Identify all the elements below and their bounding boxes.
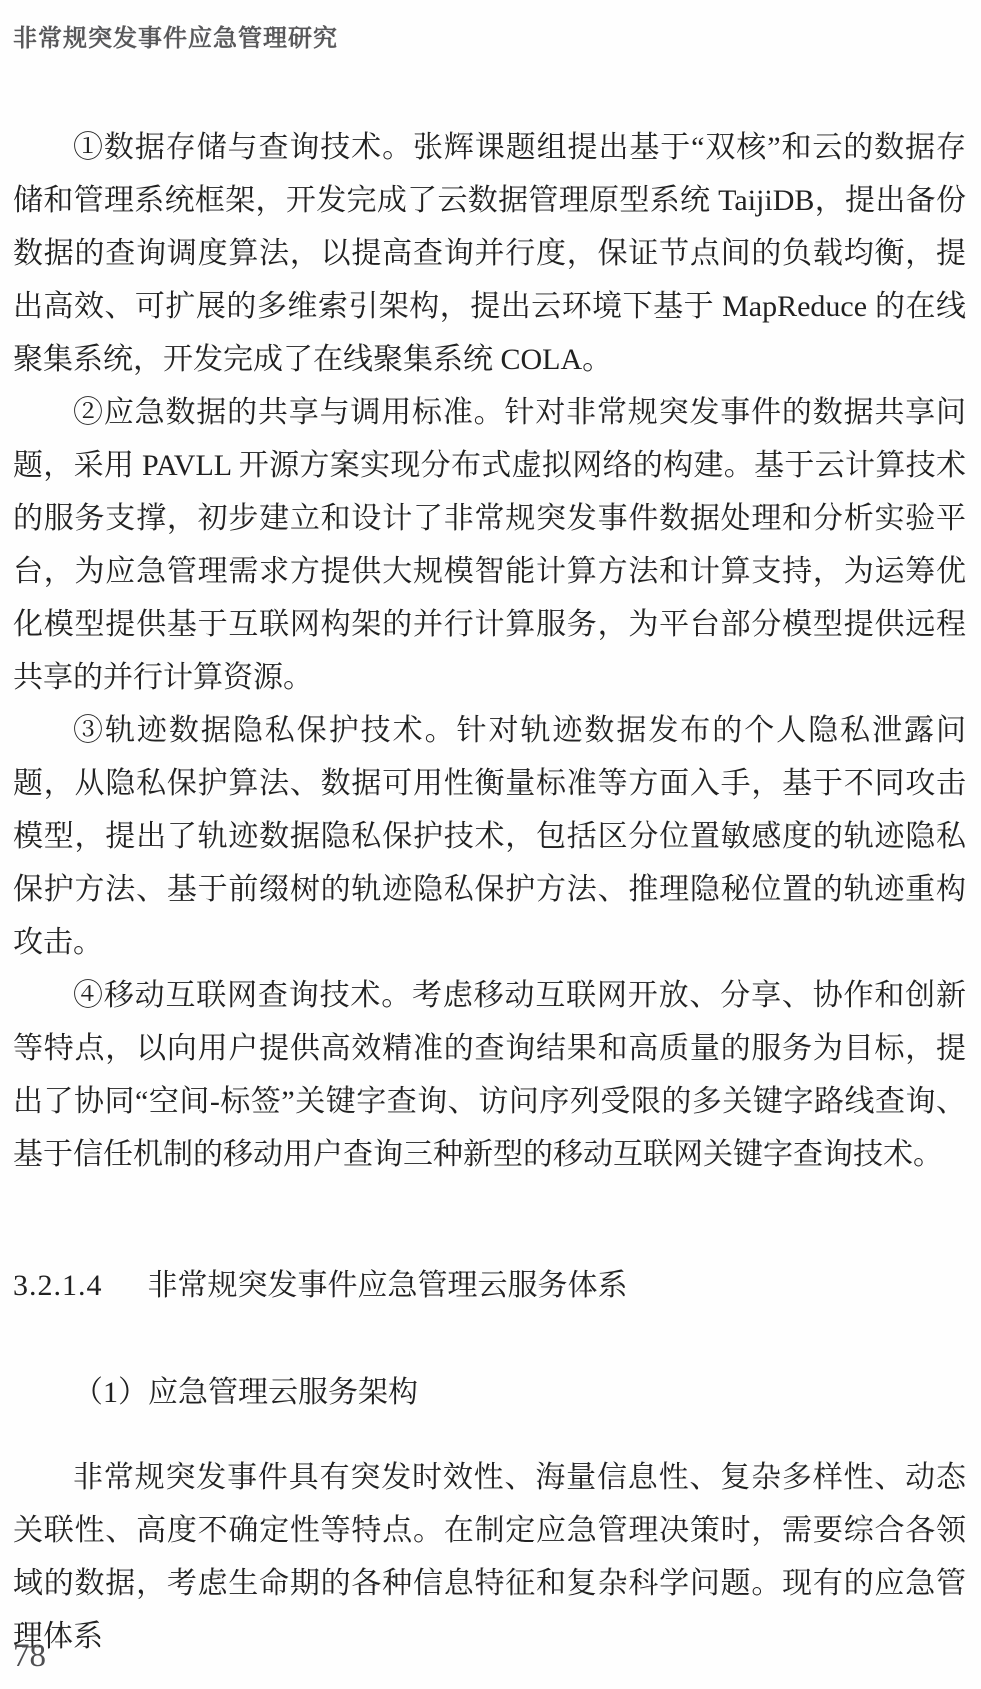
- body-paragraph-3: ③轨迹数据隐私保护技术。针对轨迹数据发布的个人隐私泄露问题，从隐私保护算法、数据…: [13, 704, 966, 969]
- section-heading: 3.2.1.4非常规突发事件应急管理云服务体系: [13, 1259, 966, 1312]
- body-paragraph-1: ①数据存储与查询技术。张辉课题组提出基于“双核”和云的数据存储和管理系统框架，开…: [13, 121, 966, 386]
- body-paragraph-2: ②应急数据的共享与调用标准。针对非常规突发事件的数据共享问题，采用 PAVLL …: [13, 386, 966, 704]
- subsection-heading: （1）应急管理云服务架构: [13, 1366, 966, 1419]
- running-header: 非常规突发事件应急管理研究: [13, 18, 338, 53]
- body-paragraph-5: 非常规突发事件具有突发时效性、海量信息性、复杂多样性、动态关联性、高度不确定性等…: [13, 1451, 966, 1663]
- page-number: 78: [13, 1638, 46, 1675]
- section-number: 3.2.1.4: [13, 1259, 103, 1312]
- book-page: 非常规突发事件应急管理研究 ①数据存储与查询技术。张辉课题组提出基于“双核”和云…: [0, 0, 981, 1689]
- section-title: 非常规突发事件应急管理云服务体系: [148, 1269, 628, 1302]
- page-content: ①数据存储与查询技术。张辉课题组提出基于“双核”和云的数据存储和管理系统框架，开…: [13, 121, 966, 1663]
- body-paragraph-4: ④移动互联网查询技术。考虑移动互联网开放、分享、协作和创新等特点，以向用户提供高…: [13, 969, 966, 1181]
